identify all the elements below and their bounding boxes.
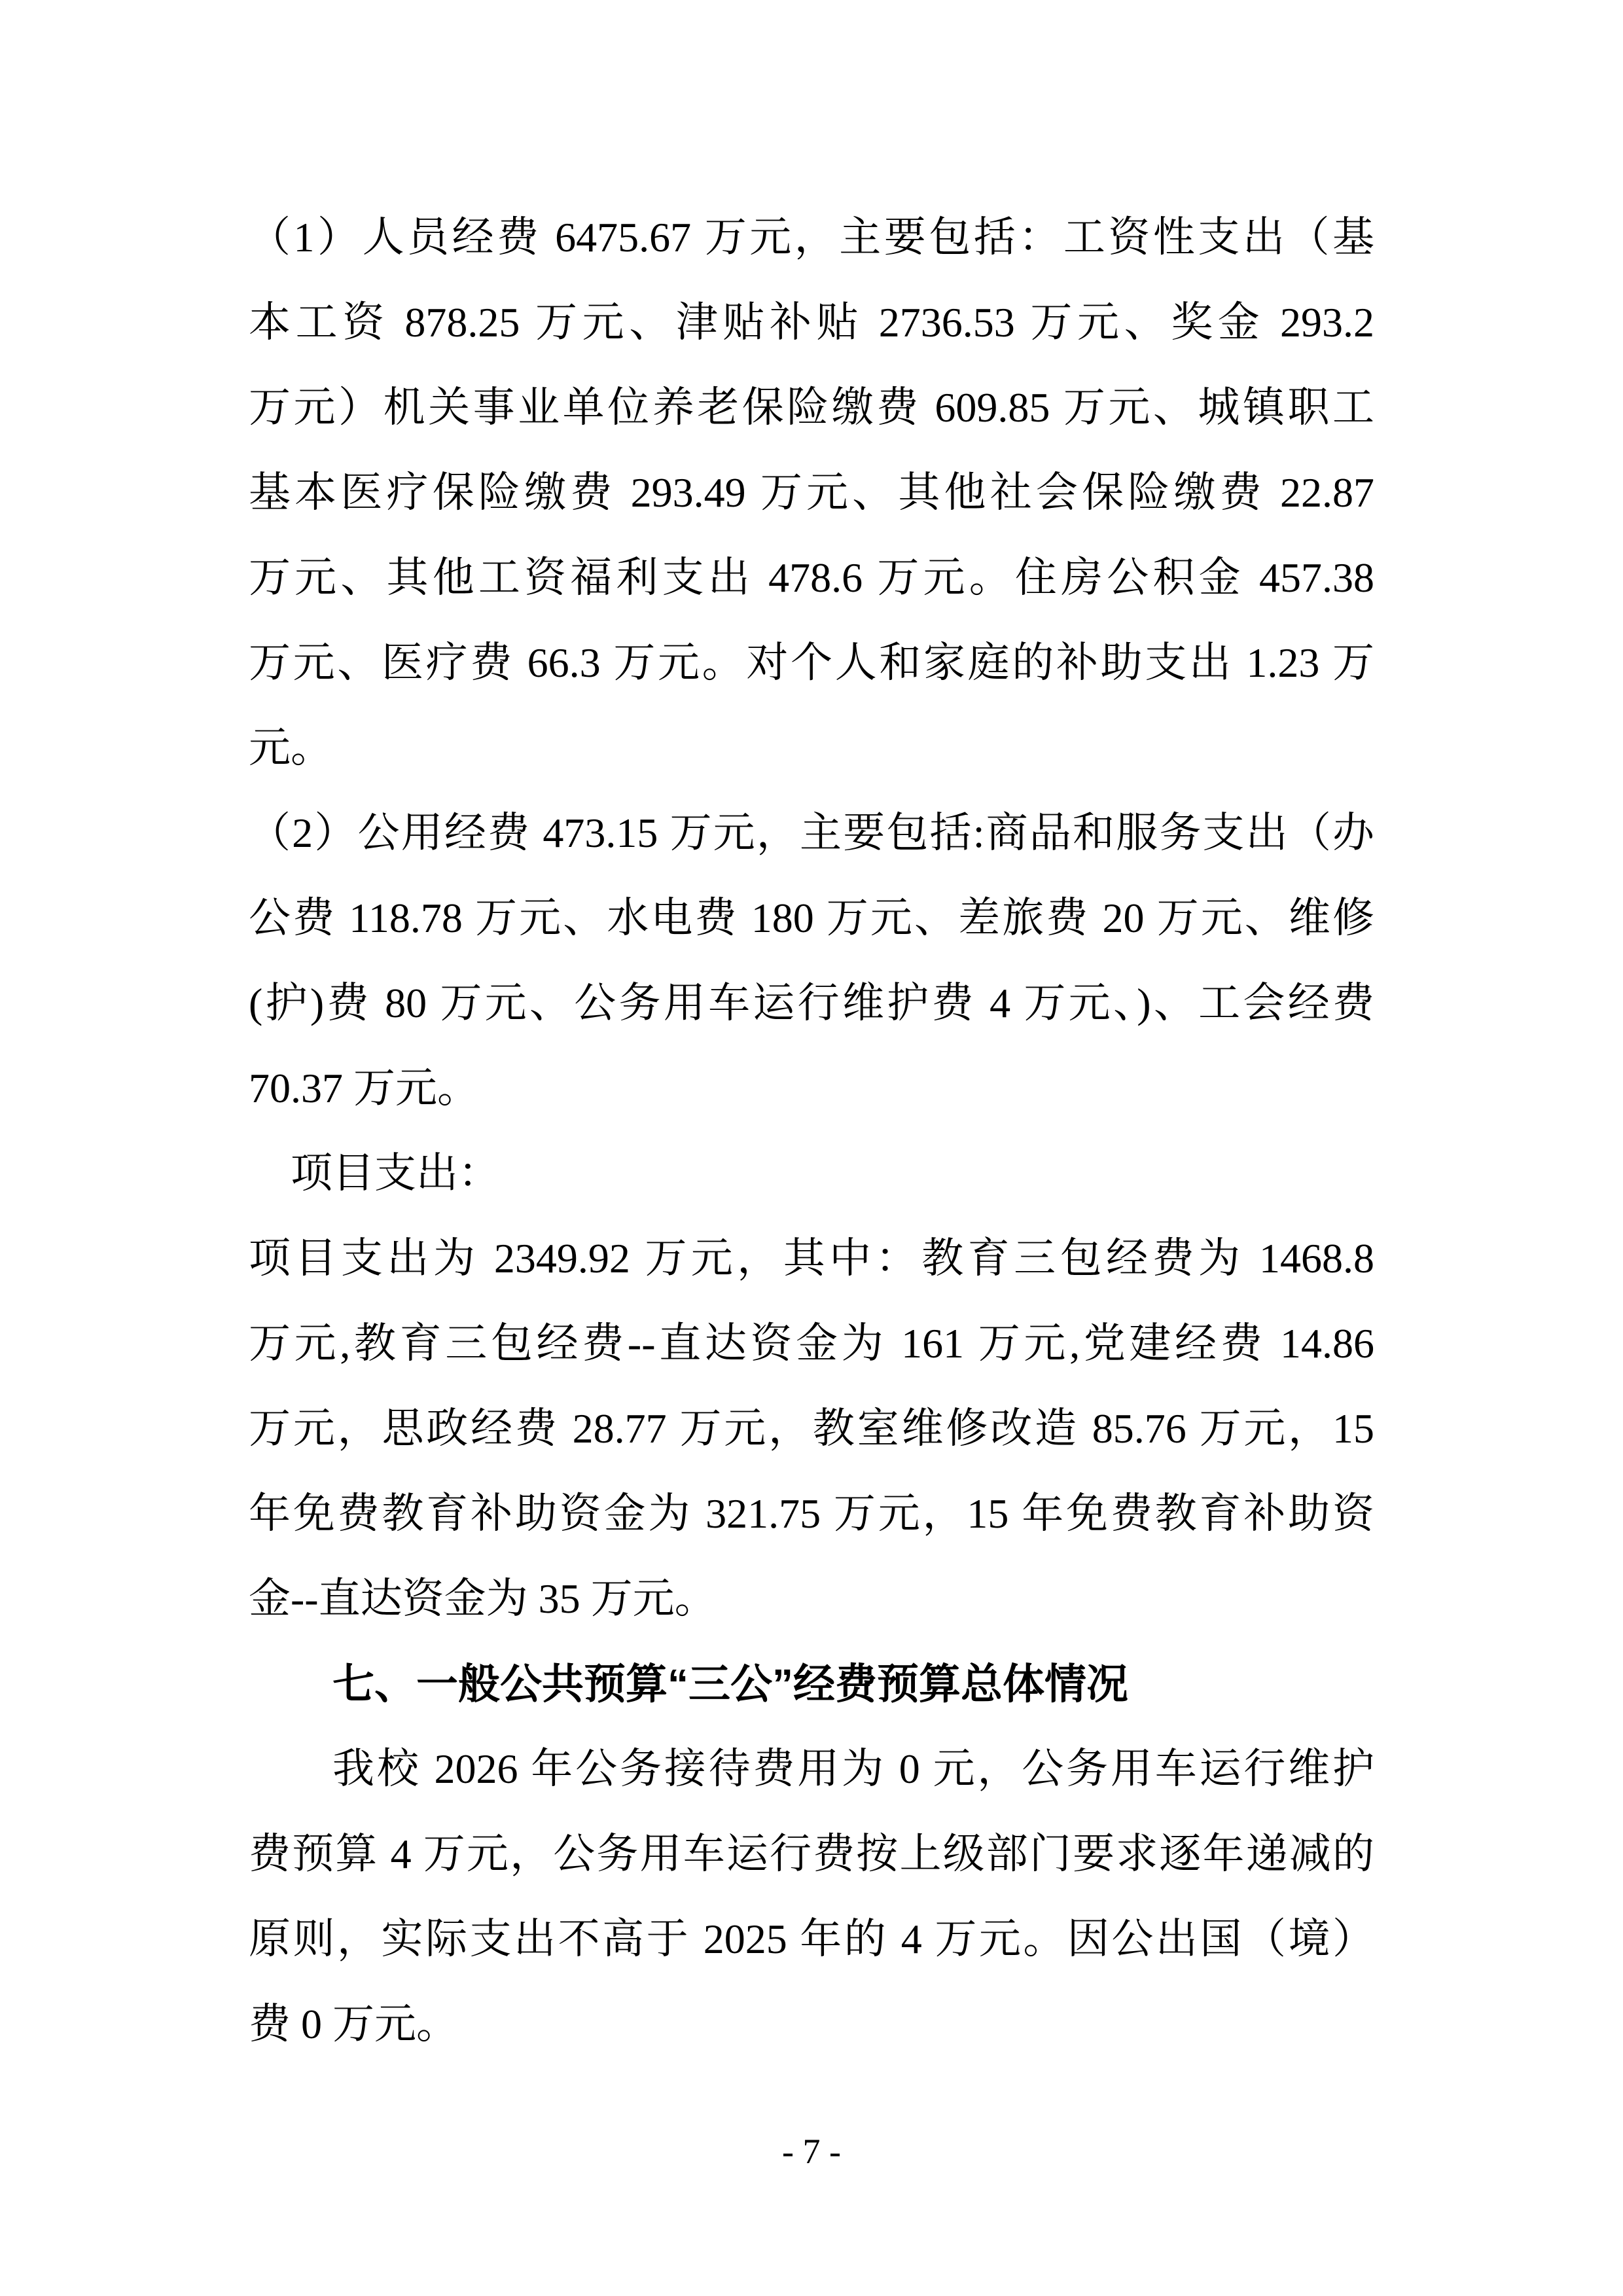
doc-line-17: 金--直达资金为 35 万元。 [249, 1556, 1374, 1641]
document-page: （1）人员经费 6475.67 万元，主要包括：工资性支出（基 本工资 878.… [0, 0, 1623, 2296]
doc-line-03: 万元）机关事业单位养老保险缴费 609.85 万元、城镇职工 [249, 365, 1374, 450]
doc-line-15: 万元，思政经费 28.77 万元，教室维修改造 85.76 万元，15 [249, 1386, 1374, 1471]
doc-line-21: 原则，实际支出不高于 2025 年的 4 万元。因公出国（境） [249, 1897, 1374, 1982]
doc-line-05: 万元、其他工资福利支出 478.6 万元。住房公积金 457.38 [249, 535, 1374, 620]
doc-line-08: （2）公用经费 473.15 万元，主要包括:商品和服务支出（办 [249, 791, 1374, 876]
doc-line-07: 元。 [249, 706, 1374, 791]
doc-line-02: 本工资 878.25 万元、津贴补贴 2736.53 万元、奖金 293.2 [249, 280, 1374, 365]
doc-line-11: 70.37 万元。 [249, 1046, 1374, 1131]
doc-line-01: （1）人员经费 6475.67 万元，主要包括：工资性支出（基 [249, 195, 1374, 280]
page-number: - 7 - [0, 2109, 1623, 2194]
page-body: （1）人员经费 6475.67 万元，主要包括：工资性支出（基 本工资 878.… [249, 195, 1374, 2067]
doc-line-04: 基本医疗保险缴费 293.49 万元、其他社会保险缴费 22.87 [249, 450, 1374, 535]
doc-line-13: 项目支出为 2349.92 万元，其中：教育三包经费为 1468.8 [249, 1216, 1374, 1301]
doc-line-06: 万元、医疗费 66.3 万元。对个人和家庭的补助支出 1.23 万 [249, 620, 1374, 706]
doc-line-20: 费预算 4 万元，公务用车运行费按上级部门要求逐年递减的 [249, 1812, 1374, 1897]
doc-line-16: 年免费教育补助资金为 321.75 万元，15 年免费教育补助资 [249, 1471, 1374, 1556]
doc-line-14: 万元,教育三包经费--直达资金为 161 万元,党建经费 14.86 [249, 1301, 1374, 1386]
project-expense-label: 项目支出： [249, 1131, 1374, 1216]
doc-line-22: 费 0 万元。 [249, 1982, 1374, 2067]
doc-line-10: (护)费 80 万元、公务用车运行维护费 4 万元、)、工会经费 [249, 961, 1374, 1046]
section-7-heading: 七、一般公共预算“三公”经费预算总体情况 [249, 1641, 1374, 1727]
doc-line-09: 公费 118.78 万元、水电费 180 万元、差旅费 20 万元、维修 [249, 876, 1374, 961]
doc-line-19: 我校 2026 年公务接待费用为 0 元，公务用车运行维护 [249, 1727, 1374, 1812]
